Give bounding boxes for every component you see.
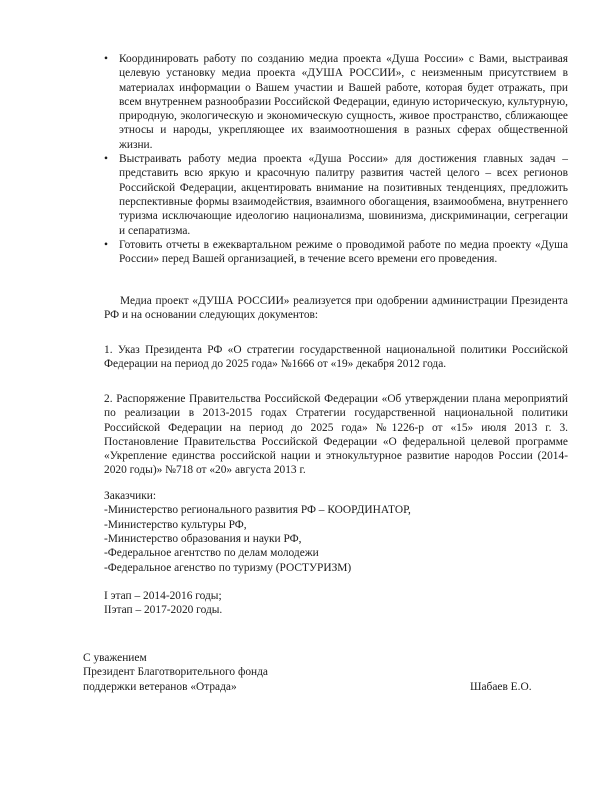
signature-closing: С уважением: [83, 651, 147, 665]
signature-title-line2: поддержки ветеранов «Отрада»: [83, 680, 237, 694]
stage-item: I этап – 2014-2016 годы;: [104, 589, 222, 603]
signature-title-line1: Президент Благотворительного фонда: [83, 665, 268, 679]
customer-item: -Министерство культуры РФ,: [104, 518, 247, 532]
customer-item: -Министерство образования и науки РФ,: [104, 532, 301, 546]
document-item-1: 1. Указ Президента РФ «О стратегии госуд…: [104, 343, 568, 372]
document-item-2: 2. Распоряжение Правительства Российской…: [104, 392, 568, 478]
customer-item: -Федеральное агентство по делам молодежи: [104, 546, 319, 560]
bullet-text: Готовить отчеты в ежеквартальном режиме …: [119, 239, 568, 265]
bullet-item: • Готовить отчеты в ежеквартальном режим…: [100, 238, 568, 267]
bullet-icon: •: [104, 152, 108, 166]
bullet-item: • Координировать работу по созданию меди…: [100, 52, 568, 152]
customer-item: -Федеральное агенство по туризму (РОСТУР…: [104, 561, 351, 575]
task-bullet-list: • Координировать работу по созданию меди…: [100, 52, 568, 266]
bullet-text: Выстраивать работу медиа проекта «Душа Р…: [119, 153, 568, 236]
bullet-text: Координировать работу по созданию медиа …: [119, 53, 568, 151]
customer-item: -Министерство регионального развития РФ …: [104, 503, 411, 517]
intro-paragraph: Медиа проект «ДУША РОССИИ» реализуется п…: [104, 294, 568, 323]
bullet-item: • Выстраивать работу медиа проекта «Душа…: [100, 152, 568, 238]
bullet-icon: •: [104, 52, 108, 66]
signature-name: Шабаев Е.О.: [470, 680, 532, 694]
customers-heading: Заказчики:: [104, 489, 156, 503]
document-page: • Координировать работу по созданию меди…: [0, 0, 604, 797]
stage-item: IIэтап – 2017-2020 годы.: [104, 603, 222, 617]
bullet-icon: •: [104, 238, 108, 252]
